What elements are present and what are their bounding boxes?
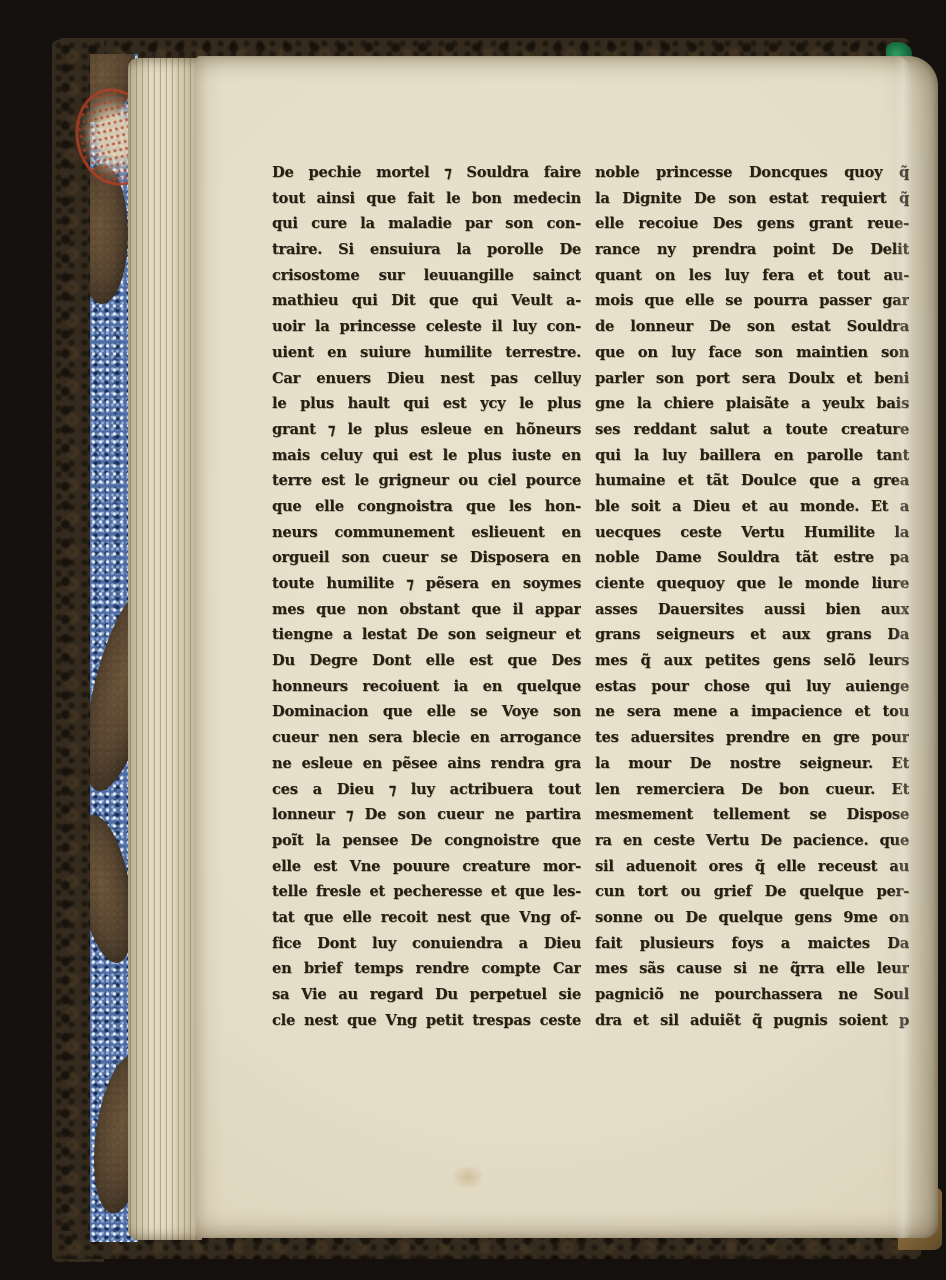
- text-line: Dominacion que elle se Voye son: [272, 699, 581, 725]
- text-line: crisostome sur leuuangille sainct: [272, 263, 581, 289]
- text-line: De pechie mortel ⁊ Souldra faire: [272, 160, 581, 186]
- text-line: la mour De nostre seigneur. Et: [595, 751, 909, 777]
- text-line: uient en suiure humilite terrestre.: [272, 340, 581, 366]
- text-line: tat que elle recoit nest que Vng of-: [272, 905, 581, 931]
- text-line: mais celuy qui est le plus iuste en: [272, 443, 581, 469]
- text-line: poĩt la pensee De congnoistre que: [272, 828, 581, 854]
- text-line: dra et sil aduiẽt q̃ pugnis soient p: [595, 1008, 909, 1034]
- text-line: gne la chiere plaisãte a yeulx bais: [595, 391, 909, 417]
- foxing-spot: [451, 1164, 485, 1190]
- text-line: terre est le grigneur ou ciel pource: [272, 468, 581, 494]
- text-line: sil aduenoit ores q̃ elle receust au: [595, 854, 909, 880]
- text-line: honneurs recoiuent ia en quelque: [272, 674, 581, 700]
- text-line: neurs communement eslieuent en: [272, 520, 581, 546]
- text-line: que on luy face son maintien son: [595, 340, 909, 366]
- text-line: quant on les luy fera et tout au-: [595, 263, 909, 289]
- text-line: mesmement tellement se Dispose: [595, 802, 909, 828]
- text-line: cle nest que Vng petit trespas ceste: [272, 1008, 581, 1034]
- text-line: ra en ceste Vertu De pacience. que: [595, 828, 909, 854]
- text-line: mathieu qui Dit que qui Veult a-: [272, 288, 581, 314]
- text-line: lonneur ⁊ De son cueur ne partira: [272, 802, 581, 828]
- text-line: tes aduersites prendre en gre pour: [595, 725, 909, 751]
- text-line: uecques ceste Vertu Humilite la: [595, 520, 909, 546]
- text-line: tiengne a lestat De son seigneur et: [272, 622, 581, 648]
- text-line: fice Dont luy conuiendra a Dieu: [272, 931, 581, 957]
- text-line: noble Dame Souldra tãt estre pa: [595, 545, 909, 571]
- text-line: toute humilite ⁊ pẽsera en soymes: [272, 571, 581, 597]
- text-line: traire. Si ensuiura la porolle De: [272, 237, 581, 263]
- text-line: qui cure la maladie par son con-: [272, 211, 581, 237]
- text-line: humaine et tãt Doulce que a grea: [595, 468, 909, 494]
- text-line: ciente quequoy que le monde liure: [595, 571, 909, 597]
- text-line: pagniciõ ne pourchassera ne Soul: [595, 982, 909, 1008]
- text-line: grans seigneurs et aux grans Da: [595, 622, 909, 648]
- text-line: mes q̃ aux petites gens selõ leurs: [595, 648, 909, 674]
- text-line: Car enuers Dieu nest pas celluy: [272, 366, 581, 392]
- text-line: en brief temps rendre compte Car: [272, 956, 581, 982]
- text-line: cueur nen sera blecie en arrogance: [272, 725, 581, 751]
- text-line: mois que elle se pourra passer gar: [595, 288, 909, 314]
- text-line: cun tort ou grief De quelque per-: [595, 879, 909, 905]
- text-line: parler son port sera Doulx et beni: [595, 366, 909, 392]
- left-column: De pechie mortel ⁊ Souldra fairetout ain…: [272, 160, 581, 1033]
- text-line: qui la luy baillera en parolle tant: [595, 443, 909, 469]
- text-line: de lonneur De son estat Souldra: [595, 314, 909, 340]
- text-line: rance ny prendra point De Delit: [595, 237, 909, 263]
- text-line: grant ⁊ le plus esleue en hõneurs: [272, 417, 581, 443]
- text-line: estas pour chose qui luy auienge: [595, 674, 909, 700]
- text-line: ses reddant salut a toute creature: [595, 417, 909, 443]
- text-line: ne esleue en pẽsee ains rendra gra: [272, 751, 581, 777]
- text-line: uoir la princesse celeste il luy con-: [272, 314, 581, 340]
- text-line: len remerciera De bon cueur. Et: [595, 777, 909, 803]
- right-column: noble princesse Doncques quoy q̃la Digni…: [595, 160, 909, 1033]
- text-line: sonne ou De quelque gens 9me on: [595, 905, 909, 931]
- photo-background: De pechie mortel ⁊ Souldra fairetout ain…: [0, 0, 946, 1280]
- text-line: ces a Dieu ⁊ luy actribuera tout: [272, 777, 581, 803]
- text-line: ble soit a Dieu et au monde. Et a: [595, 494, 909, 520]
- text-line: Du Degre Dont elle est que Des: [272, 648, 581, 674]
- text-line: elle est Vne pouure creature mor-: [272, 854, 581, 880]
- text-line: la Dignite De son estat requiert q̃: [595, 186, 909, 212]
- text-line: noble princesse Doncques quoy q̃: [595, 160, 909, 186]
- text-line: telle fresle et pecheresse et que les-: [272, 879, 581, 905]
- text-line: orgueil son cueur se Disposera en: [272, 545, 581, 571]
- text-line: fait plusieurs foys a maictes Da: [595, 931, 909, 957]
- text-line: sa Vie au regard Du perpetuel sie: [272, 982, 581, 1008]
- text-line: elle recoiue Des gens grant reue-: [595, 211, 909, 237]
- text-line: mes que non obstant que il appar: [272, 597, 581, 623]
- book-page: De pechie mortel ⁊ Souldra fairetout ain…: [196, 56, 938, 1238]
- text-line: que elle congnoistra que les hon-: [272, 494, 581, 520]
- page-edges: [128, 58, 202, 1240]
- text-line: mes sãs cause si ne q̃rra elle leur: [595, 956, 909, 982]
- text-line: tout ainsi que fait le bon medecin: [272, 186, 581, 212]
- text-line: ne sera mene a impacience et tou: [595, 699, 909, 725]
- text-line: le plus hault qui est ycy le plus: [272, 391, 581, 417]
- text-line: asses Dauersites aussi bien aux: [595, 597, 909, 623]
